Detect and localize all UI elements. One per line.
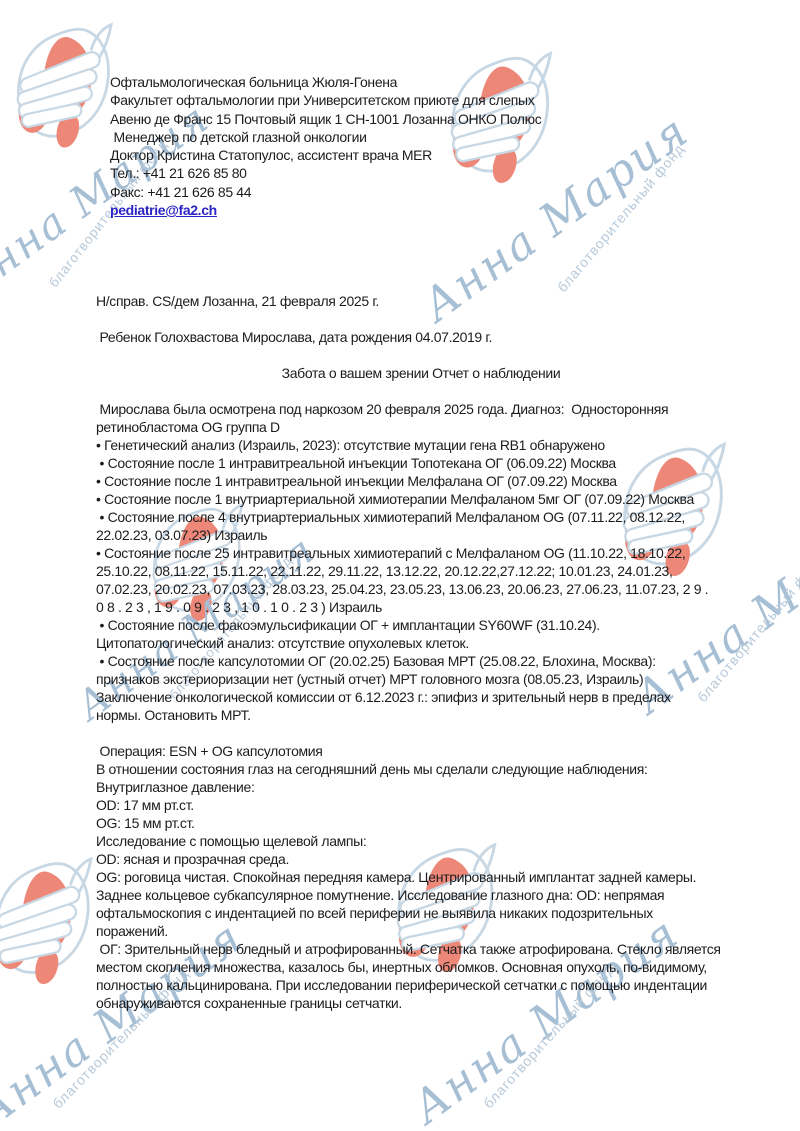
letterhead: Офтальмологическая больница Жюля-Гонена … xyxy=(110,73,541,219)
text-line: Ребенок Голохвастова Мирослава, дата рож… xyxy=(96,328,746,346)
document-text-layer: Офтальмологическая больница Жюля-Гонена … xyxy=(0,0,800,1131)
email-link[interactable]: pediatrie@fa2.ch xyxy=(110,202,217,218)
phone-line: Тел.: +41 21 626 85 80 xyxy=(110,164,541,182)
text-line: Н/справ. CS/дем Лозанна, 21 февраля 2025… xyxy=(96,292,746,310)
doctor-line: Доктор Кристина Статопулос, ассистент вр… xyxy=(110,146,541,164)
text-line: местом скопления множества, казалось бы,… xyxy=(96,958,746,976)
text-line: В отношении состояния глаз на сегодняшни… xyxy=(96,760,746,778)
text-line: признаков экстериоризации нет (устный от… xyxy=(96,670,746,688)
text-line: • Состояние после 1 интравитреальной инъ… xyxy=(96,454,746,472)
blank-line xyxy=(96,382,746,400)
text-line: Исследование с помощью щелевой лампы: xyxy=(96,832,746,850)
medical-report-page: Анна Мария благотворительный фонд Анна М… xyxy=(0,0,800,1131)
text-line: Заднее кольцевое субкапсулярное помутнен… xyxy=(96,886,746,904)
text-line: Мирослава была осмотрена под наркозом 20… xyxy=(96,400,746,418)
hospital-name-line: Офтальмологическая больница Жюля-Гонена xyxy=(110,73,541,91)
text-line: полностью кальцинирована. При исследован… xyxy=(96,976,746,994)
text-line: 25.10.22, 08.11.22, 15.11.22, 22.11.22, … xyxy=(96,562,746,580)
text-line: Цитопатологический анализ: отсутствие оп… xyxy=(96,634,746,652)
blank-line xyxy=(96,724,746,742)
text-line: ОГ: Зрительный нерв бледный и атрофирова… xyxy=(96,940,746,958)
text-line: 0 8 . 2 3 , 1 9 . 0 9 . 2 3 , 1 0 . 1 0 … xyxy=(96,598,746,616)
text-line: • Состояние после капсулотомии ОГ (20.02… xyxy=(96,652,746,670)
department-line: Менеджер по детской глазной онкологии xyxy=(110,128,541,146)
text-line: Внутриглазное давление: xyxy=(96,778,746,796)
text-line: офтальмоскопия с индентацией по всей пер… xyxy=(96,904,746,922)
text-line: 22.02.23, 03.07.23) Израиль xyxy=(96,526,746,544)
text-line: нормы. Остановить МРТ. xyxy=(96,706,746,724)
report-body: Н/справ. CS/дем Лозанна, 21 февраля 2025… xyxy=(96,292,746,1012)
address-line: Авеню де Франс 15 Почтовый ящик 1 CH-100… xyxy=(110,110,541,128)
text-line: • Состояние после факоэмульсификации ОГ … xyxy=(96,616,746,634)
text-line: OG: 15 мм рт.ст. xyxy=(96,814,746,832)
text-line: OD: 17 мм рт.ст. xyxy=(96,796,746,814)
blank-line xyxy=(96,346,746,364)
text-line: • Состояние после 1 интравитреальной инъ… xyxy=(96,472,746,490)
text-line: OG: роговица чистая. Спокойная передняя … xyxy=(96,868,746,886)
text-line: • Состояние после 1 внутриартериальной х… xyxy=(96,490,746,508)
text-line: Заключение онкологической комиссии от 6.… xyxy=(96,688,746,706)
text-line: • Состояние после 4 внутриартериальных х… xyxy=(96,508,746,526)
text-line: • Состояние после 25 интравитреальных хи… xyxy=(96,544,746,562)
text-line: 07.02.23, 20.02.23, 07.03.23, 28.03.23, … xyxy=(96,580,746,598)
text-line: ретинобластома OG группа D xyxy=(96,418,746,436)
email-line: pediatrie@fa2.ch xyxy=(110,201,541,219)
faculty-line: Факультет офтальмологии при Университетс… xyxy=(110,91,541,109)
blank-line xyxy=(96,310,746,328)
text-line: • Генетический анализ (Израиль, 2023): о… xyxy=(96,436,746,454)
text-line: Операция: ESN + OG капсулотомия xyxy=(96,742,746,760)
text-line: OD: ясная и прозрачная среда. xyxy=(96,850,746,868)
text-line: обнаруживаются сохраненные границы сетча… xyxy=(96,994,746,1012)
text-line: поражений. xyxy=(96,922,746,940)
fax-line: Факс: +41 21 626 85 44 xyxy=(110,183,541,201)
report-title-line: Забота о вашем зрении Отчет о наблюдении xyxy=(96,364,746,382)
